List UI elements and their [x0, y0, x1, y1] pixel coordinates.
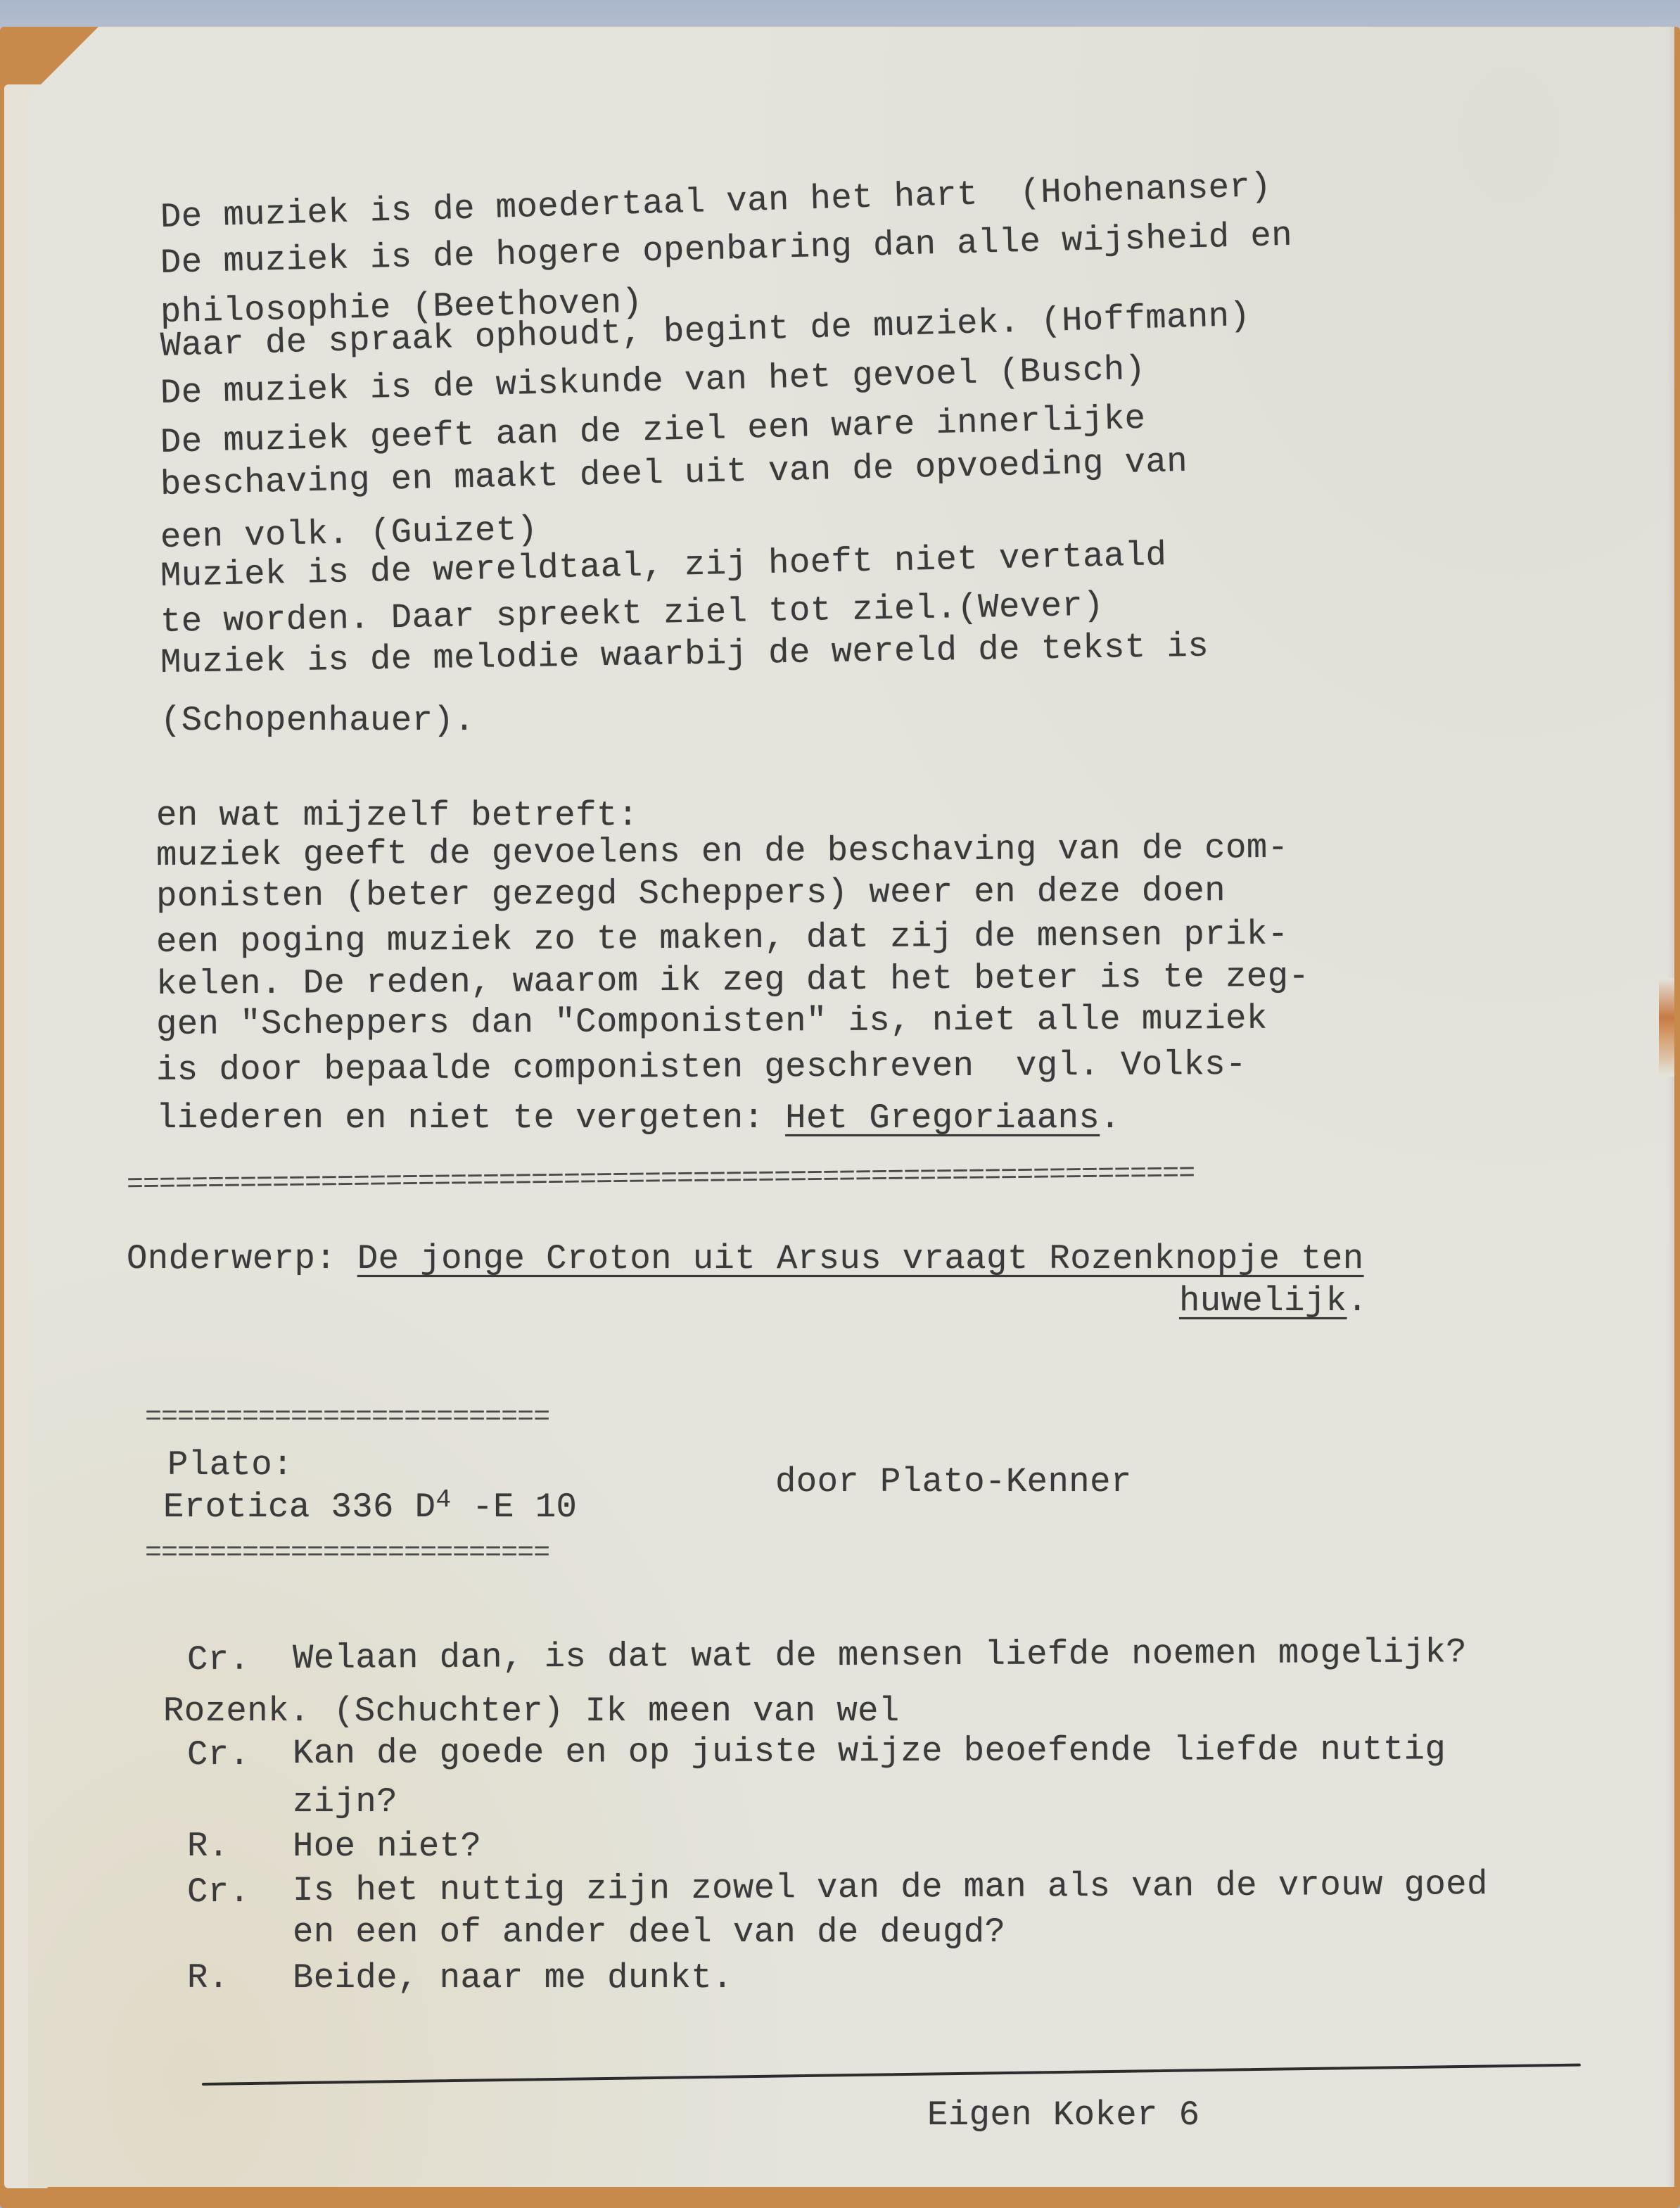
dialogue-text: Is het nuttig zijn zowel van de man als … [293, 1867, 1488, 1908]
dialogue-speaker: Rozenk. [163, 1694, 310, 1729]
dialogue-speaker: R. [187, 1829, 229, 1864]
dialogue-continuation: en een of ander deel van de deugd? [293, 1915, 1005, 1950]
own-view-line: kelen. De reden, waarom ik zeg dat het b… [156, 960, 1310, 1002]
dialogue-continuation: zijn? [293, 1785, 397, 1820]
torn-page-edge [1659, 978, 1674, 1077]
dialogue-text: (Schuchter) Ik meen van wel [333, 1694, 900, 1729]
own-view-line: een poging muziek zo te maken, dat zij d… [156, 918, 1289, 960]
own-view-heading: en wat mijzelf betreft: [156, 799, 639, 833]
dialogue-text: Hoe niet? [293, 1829, 481, 1864]
gregoriaans-underlined: Het Gregoriaans [785, 1098, 1100, 1138]
dialogue-speaker: R. [187, 1961, 229, 1996]
quote-line: (Schopenhauer). [160, 704, 475, 738]
own-view-line: is door bepaalde componisten geschreven … [156, 1048, 1247, 1088]
separator-short-top: ========================= [145, 1404, 649, 1432]
reference-work: Erotica 336 D4 -E 10 [163, 1490, 577, 1525]
dialogue-speaker: Cr. [187, 1738, 250, 1772]
reference-author: Plato: [167, 1448, 293, 1483]
dialogue-text: Beide, naar me dunkt. [293, 1961, 733, 1996]
footer-page-label: Eigen Koker 6 [927, 2098, 1199, 2133]
dialogue-speaker: Cr. [187, 1643, 250, 1677]
own-view-line: ponisten (beter gezegd Scheppers) weer e… [156, 874, 1226, 914]
dialogue-text: Welaan dan, is dat wat de mensen liefde … [293, 1635, 1467, 1676]
separator-short-bottom: ========================= [145, 1540, 649, 1568]
quote-line: een volk. (Guizet) [160, 513, 537, 555]
reference-work-suffix: -E 10 [451, 1487, 577, 1527]
subject-title-continued: huwelijk [1179, 1281, 1347, 1321]
reference-byline: door Plato-Kenner [775, 1465, 1132, 1499]
dialogue-text: Kan de goede en op juiste wijze beoefend… [293, 1732, 1446, 1771]
subject-period: . [1347, 1281, 1368, 1321]
own-view-line: muziek geeft de gevoelens en de beschavi… [156, 831, 1289, 873]
dialogue-speaker: Cr. [187, 1875, 250, 1910]
reference-work-title: Erotica 336 D [163, 1487, 435, 1527]
own-view-line: gen "Scheppers dan "Componisten" is, nie… [156, 1002, 1268, 1042]
own-view-text: liederen en niet te vergeten: [156, 1098, 785, 1138]
reference-superscript: 4 [435, 1485, 451, 1514]
own-view-period: . [1100, 1098, 1121, 1138]
subject-label: Onderwerp: [127, 1239, 336, 1279]
subject-line-2: huwelijk. [1179, 1284, 1368, 1319]
own-view-last-line: liederen en niet te vergeten: Het Gregor… [156, 1101, 1121, 1136]
subject-title: De jonge Croton uit Arsus vraagt Rozenkn… [357, 1239, 1364, 1279]
subject-line-1: Onderwerp: De jonge Croton uit Arsus vra… [127, 1242, 1364, 1276]
